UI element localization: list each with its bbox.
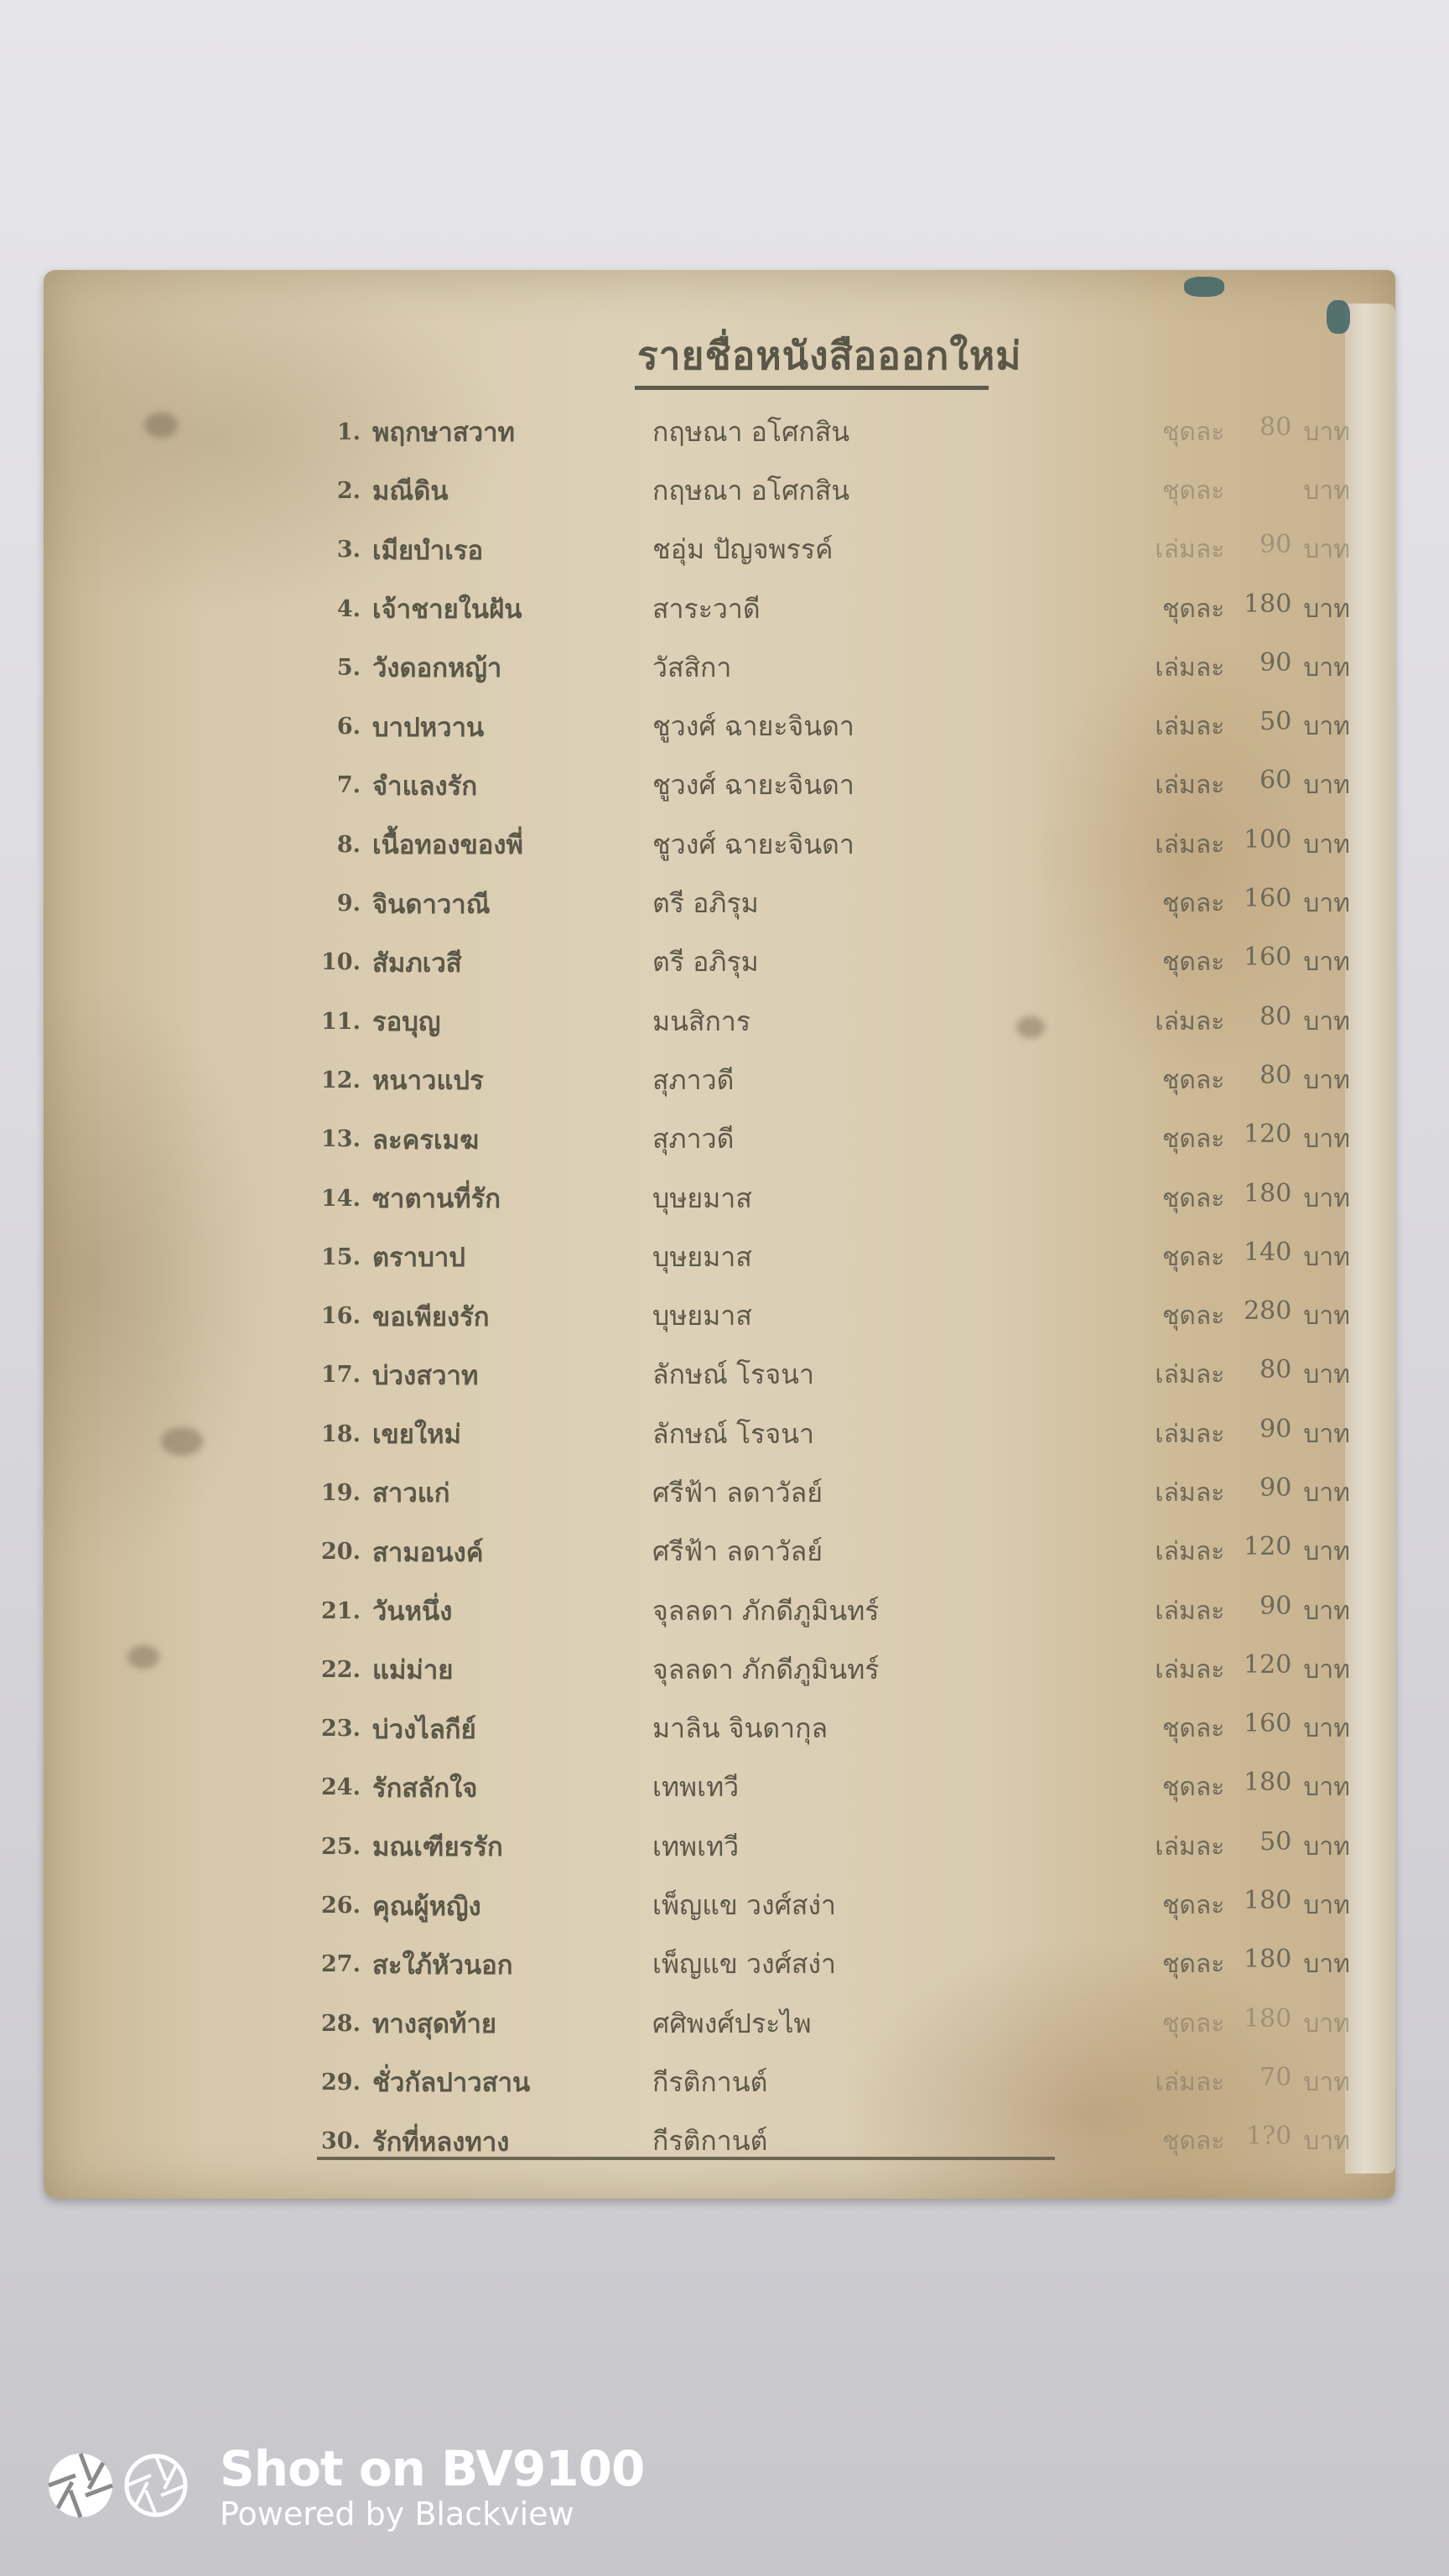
price: ชุดละ160บาท <box>1162 1709 1350 1748</box>
price-unit: เล่มละ <box>1155 1592 1224 1631</box>
list-item: 27.สะใภ้หัวนอกเพ็ญแข วงศ์สง่าชุดละ180บาท <box>310 1935 1350 1994</box>
price: เล่มละ70บาท <box>1155 2063 1350 2102</box>
currency: บาท <box>1303 1827 1350 1867</box>
author-name: จุลลดา ภักดีภูมินทร์ <box>652 1590 879 1633</box>
list-item: 9.จินดาวาณีตรี อภิรุมชุดละ160บาท <box>310 874 1350 932</box>
price-unit: ชุดละ <box>1162 471 1224 511</box>
price-amount: 90 <box>1236 530 1291 569</box>
author-name: ตรี อภิรุม <box>652 882 759 925</box>
title-underline <box>635 386 989 390</box>
currency: บาท <box>1303 471 1350 511</box>
book-title: สาวแก่ <box>372 1472 657 1514</box>
book-title: มณเฑียรรัก <box>372 1826 657 1867</box>
item-number: 7. <box>310 772 361 798</box>
price-unit: ชุดละ <box>1162 943 1224 982</box>
currency: บาท <box>1303 1355 1350 1394</box>
price-amount: 80 <box>1236 1355 1291 1394</box>
author-name: วัสสิกา <box>652 647 731 689</box>
price-amount: 100 <box>1236 825 1291 865</box>
price: เล่มละ60บาท <box>1155 766 1350 805</box>
author-name: กฤษณา อโศกสิน <box>652 470 849 512</box>
author-name: สุภาวดี <box>652 1059 734 1102</box>
shutter-outline-icon <box>122 2452 190 2522</box>
shutter-solid-icon <box>47 2452 114 2522</box>
author-name: บุษยมาส <box>652 1177 752 1220</box>
list-item: 30.รักที่หลงทางกีรติกานต์ชุดละ1?0บาท <box>310 2112 1350 2171</box>
price: ชุดละบาท <box>1162 471 1350 511</box>
price: ชุดละ1?0บาท <box>1162 2122 1350 2161</box>
currency: บาท <box>1303 1415 1350 1454</box>
book-title: สะใภ้หัวนอก <box>372 1944 657 1986</box>
item-number: 21. <box>310 1598 361 1624</box>
price-unit: ชุดละ <box>1162 1061 1224 1100</box>
author-name: ชูวงศ์ ฉายะจินดา <box>652 705 854 748</box>
price: เล่มละ90บาท <box>1155 1415 1350 1454</box>
list-item: 24.รักสลักใจเทพเทวีชุดละ180บาท <box>310 1758 1350 1817</box>
currency: บาท <box>1303 530 1350 569</box>
price-unit: ชุดละ <box>1162 589 1224 629</box>
book-title: คุณผู้หญิง <box>372 1885 657 1927</box>
price-amount <box>1236 471 1291 511</box>
price-amount: 180 <box>1236 1945 1291 1984</box>
list-item: 18.เขยใหม่ลักษณ์ โรจนาเล่มละ90บาท <box>310 1405 1350 1463</box>
author-name: สุภาวดี <box>652 1118 734 1161</box>
item-number: 6. <box>310 714 361 740</box>
author-name: เทพเทวี <box>652 1826 739 1868</box>
item-number: 5. <box>310 655 361 681</box>
list-item: 26.คุณผู้หญิงเพ็ญแข วงศ์สง่าชุดละ180บาท <box>310 1876 1350 1935</box>
book-title: เมียบำเรอ <box>372 529 657 571</box>
price-amount: 70 <box>1236 2063 1291 2102</box>
price: ชุดละ80บาท <box>1162 413 1350 452</box>
price: ชุดละ80บาท <box>1162 1061 1350 1100</box>
price-unit: ชุดละ <box>1162 1296 1224 1336</box>
price-unit: ชุดละ <box>1162 1886 1224 1925</box>
worn-edge-mark <box>1184 277 1224 297</box>
book-title: เจ้าชายในฝัน <box>372 588 657 630</box>
price: เล่มละ120บาท <box>1155 1532 1350 1571</box>
item-number: 12. <box>310 1067 361 1093</box>
book-title: พฤกษาสวาท <box>372 411 657 453</box>
list-item: 7.จำแลงรักชูวงศ์ ฉายะจินดาเล่มละ60บาท <box>310 756 1350 815</box>
author-name: กฤษณา อโศกสิน <box>652 411 849 454</box>
list-item: 21.วันหนึ่งจุลลดา ภักดีภูมินทร์เล่มละ90บ… <box>310 1581 1350 1640</box>
list-item: 22.แม่ม่ายจุลลดา ภักดีภูมินทร์เล่มละ120บ… <box>310 1640 1350 1699</box>
item-number: 24. <box>310 1774 361 1800</box>
author-name: เทพเทวี <box>652 1766 739 1809</box>
book-title: วันหนึ่ง <box>372 1590 657 1632</box>
currency: บาท <box>1303 1886 1350 1925</box>
book-title: ทางสุดท้าย <box>372 2002 657 2044</box>
item-number: 14. <box>310 1186 361 1212</box>
currency: บาท <box>1303 825 1350 865</box>
list-item: 14.ซาตานที่รักบุษยมาสชุดละ180บาท <box>310 1169 1350 1228</box>
price-unit: เล่มละ <box>1155 825 1224 865</box>
price-unit: ชุดละ <box>1162 2004 1224 2044</box>
stain <box>161 1427 203 1456</box>
currency: บาท <box>1303 1532 1350 1571</box>
price-amount: 90 <box>1236 1473 1291 1513</box>
price-amount: 140 <box>1236 1238 1291 1277</box>
price-unit: ชุดละ <box>1162 1238 1224 1277</box>
item-number: 27. <box>310 1951 361 1977</box>
currency: บาท <box>1303 413 1350 452</box>
currency: บาท <box>1303 1296 1350 1336</box>
price-amount: 120 <box>1236 1119 1291 1159</box>
price: ชุดละ140บาท <box>1162 1238 1350 1277</box>
author-name: เพ็ญแข วงศ์สง่า <box>652 1884 836 1927</box>
currency: บาท <box>1303 1592 1350 1631</box>
item-number: 26. <box>310 1893 361 1919</box>
price-amount: 160 <box>1236 943 1291 982</box>
author-name: มาลิน จินดากุล <box>652 1707 828 1750</box>
currency: บาท <box>1303 1473 1350 1513</box>
price-amount: 180 <box>1236 1768 1291 1807</box>
item-number: 3. <box>310 537 361 563</box>
book-title: รักสลักใจ <box>372 1767 657 1809</box>
author-name: ชอุ่ม ปัญจพรรค์ <box>652 528 833 571</box>
price-unit: เล่มละ <box>1155 1827 1224 1867</box>
list-item: 17.บ่วงสวาทลักษณ์ โรจนาเล่มละ80บาท <box>310 1346 1350 1405</box>
item-number: 8. <box>310 832 361 858</box>
price: ชุดละ160บาท <box>1162 884 1350 923</box>
item-number: 4. <box>310 596 361 622</box>
currency: บาท <box>1303 943 1350 982</box>
price: เล่มละ80บาท <box>1155 1002 1350 1041</box>
price-unit: เล่มละ <box>1155 1355 1224 1394</box>
author-name: สาระวาดี <box>652 588 761 631</box>
list-item: 3.เมียบำเรอชอุ่ม ปัญจพรรค์เล่มละ90บาท <box>310 521 1350 579</box>
worn-edge-mark <box>1327 300 1350 334</box>
price-amount: 80 <box>1236 1061 1291 1100</box>
list-item: 12.หนาวแปรสุภาวดีชุดละ80บาท <box>310 1051 1350 1109</box>
author-name: ชูวงศ์ ฉายะจินดา <box>652 823 854 866</box>
item-number: 28. <box>310 2011 361 2037</box>
list-item: 13.ละครเมฆสุภาวดีชุดละ120บาท <box>310 1110 1350 1169</box>
book-title: ละครเมฆ <box>372 1119 657 1161</box>
item-number: 30. <box>310 2128 361 2154</box>
list-item: 23.บ่วงไลกีย์มาลิน จินดากุลชุดละ160บาท <box>310 1700 1350 1758</box>
price: ชุดละ180บาท <box>1162 1886 1350 1925</box>
price-unit: ชุดละ <box>1162 1119 1224 1159</box>
list-item: 8.เนื้อทองของพี่ชูวงศ์ ฉายะจินดาเล่มละ10… <box>310 815 1350 874</box>
bottom-divider <box>317 2157 1055 2160</box>
price: ชุดละ180บาท <box>1162 1179 1350 1218</box>
price-amount: 90 <box>1236 1592 1291 1631</box>
page-title: รายชื่อหนังสือออกใหม่ <box>637 325 1021 387</box>
item-number: 25. <box>310 1834 361 1860</box>
price-unit: เล่มละ <box>1155 648 1224 688</box>
price-unit: ชุดละ <box>1162 1179 1224 1218</box>
book-title: แม่ม่าย <box>372 1649 657 1690</box>
price-unit: เล่มละ <box>1155 1532 1224 1571</box>
book-title: ซาตานที่รัก <box>372 1177 657 1219</box>
currency: บาท <box>1303 1002 1350 1041</box>
currency: บาท <box>1303 766 1350 805</box>
book-title: จินดาวาณี <box>372 883 657 925</box>
list-item: 20.สามอนงค์ศรีฟ้า ลดาวัลย์เล่มละ120บาท <box>310 1523 1350 1581</box>
currency: บาท <box>1303 884 1350 923</box>
author-name: ศรีฟ้า ลดาวัลย์ <box>652 1472 823 1514</box>
currency: บาท <box>1303 2063 1350 2102</box>
stain <box>127 1645 159 1669</box>
item-number: 22. <box>310 1657 361 1683</box>
book-title: จำแลงรัก <box>372 765 657 807</box>
author-name: บุษยมาส <box>652 1236 752 1279</box>
author-name: ศรีฟ้า ลดาวัลย์ <box>652 1530 823 1573</box>
price-unit: ชุดละ <box>1162 413 1224 452</box>
price: เล่มละ90บาท <box>1155 530 1350 569</box>
price-unit: ชุดละ <box>1162 1945 1224 1984</box>
list-item: 28.ทางสุดท้ายศศิพงศ์ประไพชุดละ180บาท <box>310 1994 1350 2053</box>
price: ชุดละ180บาท <box>1162 2004 1350 2044</box>
price-amount: 120 <box>1236 1532 1291 1571</box>
list-item: 10.สัมภเวสีตรี อภิรุมชุดละ160บาท <box>310 933 1350 992</box>
price: ชุดละ180บาท <box>1162 1945 1350 1984</box>
author-name: ตรี อภิรุม <box>652 941 759 984</box>
currency: บาท <box>1303 1945 1350 1984</box>
currency: บาท <box>1303 1061 1350 1100</box>
price: ชุดละ120บาท <box>1162 1119 1350 1159</box>
price-unit: เล่มละ <box>1155 1650 1224 1690</box>
price-amount: 120 <box>1236 1650 1291 1690</box>
book-title: บ่วงสวาท <box>372 1354 657 1396</box>
price: เล่มละ50บาท <box>1155 707 1350 746</box>
list-item: 11.รอบุญมนสิการเล่มละ80บาท <box>310 992 1350 1051</box>
price-amount: 1?0 <box>1236 2122 1291 2161</box>
price-amount: 180 <box>1236 1886 1291 1925</box>
list-item: 5.วังดอกหญ้าวัสสิกาเล่มละ90บาท <box>310 638 1350 697</box>
list-item: 19.สาวแก่ศรีฟ้า ลดาวัลย์เล่มละ90บาท <box>310 1463 1350 1522</box>
price-unit: เล่มละ <box>1155 1002 1224 1041</box>
price: เล่มละ90บาท <box>1155 1473 1350 1513</box>
book-title: บ่วงไลกีย์ <box>372 1708 657 1750</box>
price-unit: ชุดละ <box>1162 1709 1224 1748</box>
book-title: บาปหวาน <box>372 706 657 748</box>
author-name: ศศิพงศ์ประไพ <box>652 2002 812 2045</box>
item-number: 18. <box>310 1421 361 1447</box>
list-item: 2.มณีดินกฤษณา อโศกสินชุดละบาท <box>310 461 1350 520</box>
list-item: 1.พฤกษาสวาทกฤษณา อโศกสินชุดละ80บาท <box>310 402 1350 461</box>
price-amount: 90 <box>1236 648 1291 688</box>
author-name: กีรติกานต์ <box>652 2061 767 2104</box>
price: เล่มละ100บาท <box>1155 825 1350 865</box>
author-name: ลักษณ์ โรจนา <box>652 1353 814 1396</box>
item-number: 9. <box>310 891 361 917</box>
item-number: 19. <box>310 1480 361 1506</box>
item-number: 1. <box>310 419 361 445</box>
camera-watermark: Shot on BV9100 Powered by Blackview <box>47 2444 644 2530</box>
price-unit: เล่มละ <box>1155 766 1224 805</box>
book-title: มณีดิน <box>372 470 657 512</box>
author-name: มนสิการ <box>652 1000 750 1043</box>
book-title: เนื้อทองของพี่ <box>372 823 657 865</box>
item-number: 23. <box>310 1716 361 1742</box>
price-amount: 160 <box>1236 1709 1291 1748</box>
price-unit: เล่มละ <box>1155 2063 1224 2102</box>
currency: บาท <box>1303 1768 1350 1807</box>
stain <box>144 413 178 438</box>
book-title: ชั่วกัลปาวสาน <box>372 2061 657 2103</box>
price: ชุดละ160บาท <box>1162 943 1350 982</box>
list-item: 6.บาปหวานชูวงศ์ ฉายะจินดาเล่มละ50บาท <box>310 697 1350 756</box>
book-title: วังดอกหญ้า <box>372 647 657 688</box>
price-amount: 50 <box>1236 1827 1291 1867</box>
list-item: 25.มณเฑียรรักเทพเทวีเล่มละ50บาท <box>310 1817 1350 1876</box>
item-number: 10. <box>310 949 361 975</box>
item-number: 2. <box>310 478 361 504</box>
currency: บาท <box>1303 707 1350 746</box>
item-number: 29. <box>310 2070 361 2096</box>
price-amount: 280 <box>1236 1296 1291 1336</box>
book-title: สัมภเวสี <box>372 942 657 984</box>
price: ชุดละ280บาท <box>1162 1296 1350 1336</box>
price-amount: 80 <box>1236 1002 1291 1041</box>
price-unit: เล่มละ <box>1155 707 1224 746</box>
book-title: สามอนงค์ <box>372 1531 657 1573</box>
item-number: 11. <box>310 1009 361 1035</box>
author-name: ชูวงศ์ ฉายะจินดา <box>652 764 854 807</box>
list-item: 16.ขอเพียงรักบุษยมาสชุดละ280บาท <box>310 1286 1350 1345</box>
watermark-brand: Powered by Blackview <box>220 2498 644 2530</box>
author-name: เพ็ญแข วงศ์สง่า <box>652 1943 836 1986</box>
author-name: จุลลดา ภักดีภูมินทร์ <box>652 1649 879 1691</box>
item-number: 20. <box>310 1539 361 1565</box>
currency: บาท <box>1303 2122 1350 2161</box>
price-amount: 90 <box>1236 1415 1291 1454</box>
currency: บาท <box>1303 589 1350 629</box>
price-amount: 80 <box>1236 413 1291 452</box>
price-amount: 180 <box>1236 1179 1291 1218</box>
price: เล่มละ50บาท <box>1155 1827 1350 1867</box>
list-item: 4.เจ้าชายในฝันสาระวาดีชุดละ180บาท <box>310 579 1350 638</box>
currency: บาท <box>1303 1179 1350 1218</box>
currency: บาท <box>1303 1650 1350 1690</box>
price-unit: ชุดละ <box>1162 1768 1224 1807</box>
author-name: ลักษณ์ โรจนา <box>652 1413 814 1456</box>
item-number: 16. <box>310 1303 361 1329</box>
currency: บาท <box>1303 648 1350 688</box>
book-title: เขยใหม่ <box>372 1413 657 1455</box>
currency: บาท <box>1303 1119 1350 1159</box>
book-fore-edge <box>1345 304 1395 2173</box>
book-title: ขอเพียงรัก <box>372 1296 657 1337</box>
book-title: รอบุญ <box>372 1000 657 1042</box>
book-title: หนาวแปร <box>372 1059 657 1101</box>
book-list: 1.พฤกษาสวาทกฤษณา อโศกสินชุดละ80บาท2.มณีด… <box>310 402 1350 2171</box>
price-unit: เล่มละ <box>1155 1473 1224 1513</box>
price: เล่มละ90บาท <box>1155 1592 1350 1631</box>
price: เล่มละ90บาท <box>1155 648 1350 688</box>
currency: บาท <box>1303 2004 1350 2044</box>
price-unit: ชุดละ <box>1162 884 1224 923</box>
item-number: 15. <box>310 1244 361 1270</box>
price-amount: 180 <box>1236 589 1291 629</box>
price: ชุดละ180บาท <box>1162 589 1350 629</box>
price-unit: ชุดละ <box>1162 2122 1224 2161</box>
price-unit: เล่มละ <box>1155 1415 1224 1454</box>
currency: บาท <box>1303 1709 1350 1748</box>
price-amount: 50 <box>1236 707 1291 746</box>
price: ชุดละ180บาท <box>1162 1768 1350 1807</box>
list-item: 29.ชั่วกัลปาวสานกีรติกานต์เล่มละ70บาท <box>310 2053 1350 2111</box>
item-number: 17. <box>310 1362 361 1388</box>
watermark-model: Shot on BV9100 <box>220 2444 644 2493</box>
author-name: บุษยมาส <box>652 1295 752 1337</box>
price-amount: 160 <box>1236 884 1291 923</box>
price: เล่มละ80บาท <box>1155 1355 1350 1394</box>
currency: บาท <box>1303 1238 1350 1277</box>
price-amount: 60 <box>1236 766 1291 805</box>
price: เล่มละ120บาท <box>1155 1650 1350 1690</box>
book-title: ตราบาป <box>372 1236 657 1278</box>
item-number: 13. <box>310 1126 361 1152</box>
list-item: 15.ตราบาปบุษยมาสชุดละ140บาท <box>310 1228 1350 1286</box>
price-amount: 180 <box>1236 2004 1291 2044</box>
price-unit: เล่มละ <box>1155 530 1224 569</box>
